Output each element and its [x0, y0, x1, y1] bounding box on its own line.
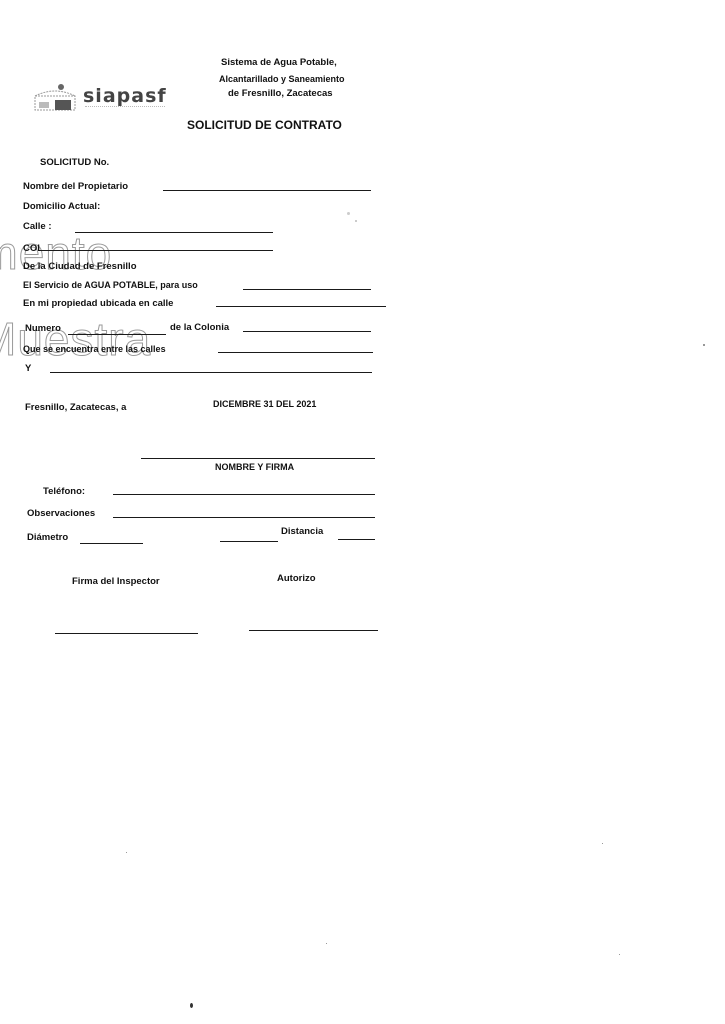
y-label: Y — [25, 363, 31, 374]
colonia-label: de la Colonia — [170, 322, 229, 333]
y-calle-field[interactable] — [50, 372, 372, 373]
nombre-firma-label: NOMBRE Y FIRMA — [215, 462, 294, 472]
org-line1: Sistema de Agua Potable, — [221, 57, 337, 68]
org-line3: de Fresnillo, Zacatecas — [228, 88, 333, 99]
servicio-label: El Servicio de AGUA POTABLE, para uso — [23, 280, 198, 290]
scan-speck — [190, 1003, 193, 1008]
inspector-signature-line[interactable] — [55, 633, 198, 634]
observaciones-field[interactable] — [113, 517, 375, 518]
autorizo-signature-line[interactable] — [249, 630, 378, 631]
uso-field[interactable] — [243, 289, 371, 290]
calle-field[interactable] — [75, 232, 273, 233]
nombre-firma-line[interactable] — [141, 458, 375, 459]
col-label: COL — [23, 243, 43, 254]
org-line2: Alcantarillado y Saneamiento — [219, 74, 345, 84]
domicilio-label: Domicilio Actual: — [23, 201, 100, 212]
watermark-line2: Muestra — [0, 312, 151, 366]
inspector-label: Firma del Inspector — [72, 576, 160, 587]
nombre-propietario-label: Nombre del Propietario — [23, 181, 128, 192]
diametro-field[interactable] — [80, 543, 143, 544]
scan-speck — [126, 852, 127, 853]
scan-speck — [703, 344, 705, 346]
entre-calles-field[interactable] — [218, 352, 373, 353]
autorizo-label: Autorizo — [277, 573, 316, 584]
diametro-label: Diámetro — [27, 532, 68, 543]
colonia-field[interactable] — [243, 331, 371, 332]
page-title: SOLICITUD DE CONTRATO — [187, 118, 342, 132]
distancia-label: Distancia — [281, 526, 323, 537]
propiedad-calle-field[interactable] — [216, 306, 386, 307]
solicitud-no-label: SOLICITUD No. — [40, 157, 109, 168]
fecha-value: DICEMBRE 31 DEL 2021 — [213, 399, 316, 409]
entre-calles-label: Que se encuentra entre las calles — [23, 344, 166, 354]
scan-speck — [619, 954, 620, 955]
calle-label: Calle : — [23, 221, 52, 232]
lugar-label: Fresnillo, Zacatecas, a — [25, 402, 126, 413]
distancia-field[interactable] — [338, 539, 375, 540]
siapasf-logo: siapasf — [33, 82, 173, 114]
numero-field[interactable] — [68, 334, 166, 335]
scan-speck — [347, 212, 350, 215]
logo-tagline — [85, 106, 165, 107]
ciudad-label: De la Ciudad de Fresnillo — [23, 261, 137, 272]
observaciones-label: Observaciones — [27, 508, 95, 519]
propiedad-label: En mi propiedad ubicada en calle — [23, 298, 173, 309]
telefono-label: Teléfono: — [43, 486, 85, 497]
telefono-field[interactable] — [113, 494, 375, 495]
logo-text: siapasf — [83, 85, 167, 107]
scan-speck — [326, 943, 327, 944]
scan-speck — [355, 220, 357, 222]
numero-label: Numero — [25, 323, 61, 334]
col-field[interactable] — [40, 250, 273, 251]
scan-speck — [602, 843, 603, 844]
nombre-propietario-field[interactable] — [163, 190, 371, 191]
diametro-extra-field[interactable] — [220, 541, 278, 542]
